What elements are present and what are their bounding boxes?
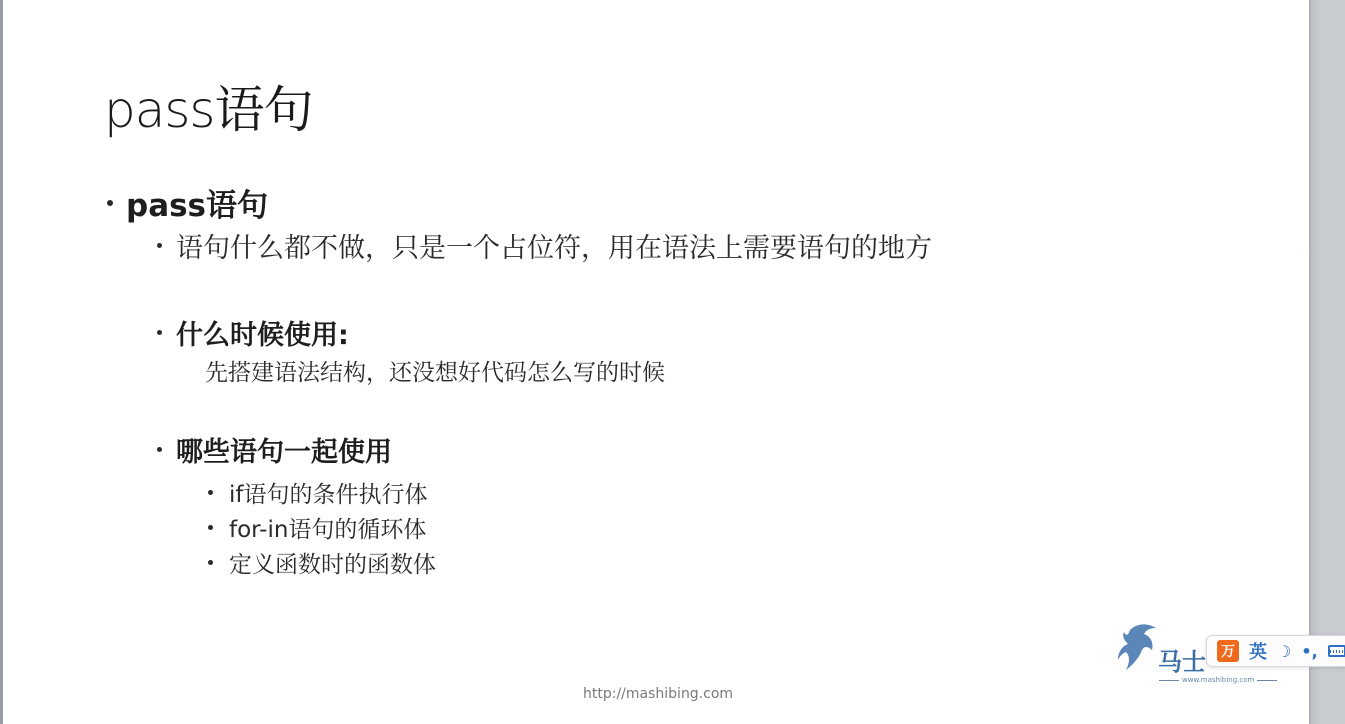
slide-canvas: pass语句 pass语句 语句什么都不做，只是一个占位符，用在语法上需要语句的… [3, 0, 1309, 724]
bullet-dot-icon [107, 200, 113, 206]
keyboard-icon[interactable] [1328, 645, 1345, 657]
bullet-text: pass语句 [126, 180, 268, 225]
bullet-level3: 定义函数时的函数体 [208, 546, 436, 579]
bullet-text: 什么时候使用: [176, 313, 349, 352]
logo-url: www.mashibing.com [1156, 676, 1280, 684]
bullet-level3: if语句的条件执行体 [208, 476, 428, 509]
bullet-dot-icon [157, 447, 162, 452]
window-right-border [1309, 0, 1345, 724]
punctuation-icon[interactable]: •, [1301, 642, 1317, 661]
bullet-dot-icon [157, 243, 162, 248]
bullet-with-heading: 哪些语句一起使用 [157, 430, 392, 469]
moon-icon[interactable]: ☽ [1277, 642, 1291, 661]
bullet-text: 定义函数时的函数体 [229, 546, 436, 579]
ime-logo-icon[interactable]: 万 [1217, 640, 1239, 662]
bullet-dot-icon [208, 490, 213, 495]
bullet-dot-icon [208, 525, 213, 530]
bullet-text: 哪些语句一起使用 [176, 430, 392, 469]
logo-text: 马士 [1158, 642, 1206, 677]
ime-toolbar[interactable]: 万 英 ☽ •, [1206, 635, 1345, 667]
slide-title: pass语句 [104, 70, 312, 142]
bullet-dot-icon [157, 330, 162, 335]
bullet-level3: for-in语句的循环体 [208, 511, 426, 544]
bullet-dot-icon [208, 560, 213, 565]
bullet-level1: pass语句 [107, 180, 268, 225]
bullet-text: for-in语句的循环体 [229, 511, 426, 544]
unicorn-logo-icon [1116, 620, 1164, 676]
bullet-description: 语句什么都不做，只是一个占位符，用在语法上需要语句的地方 [157, 226, 932, 265]
bullet-when-heading: 什么时候使用: [157, 313, 349, 352]
footer-url: http://mashibing.com [583, 686, 733, 702]
when-text: 先搭建语法结构，还没想好代码怎么写的时候 [205, 354, 665, 387]
ime-language-toggle[interactable]: 英 [1249, 638, 1267, 664]
bullet-text: 语句什么都不做，只是一个占位符，用在语法上需要语句的地方 [176, 226, 932, 265]
bullet-text: if语句的条件执行体 [229, 476, 428, 509]
